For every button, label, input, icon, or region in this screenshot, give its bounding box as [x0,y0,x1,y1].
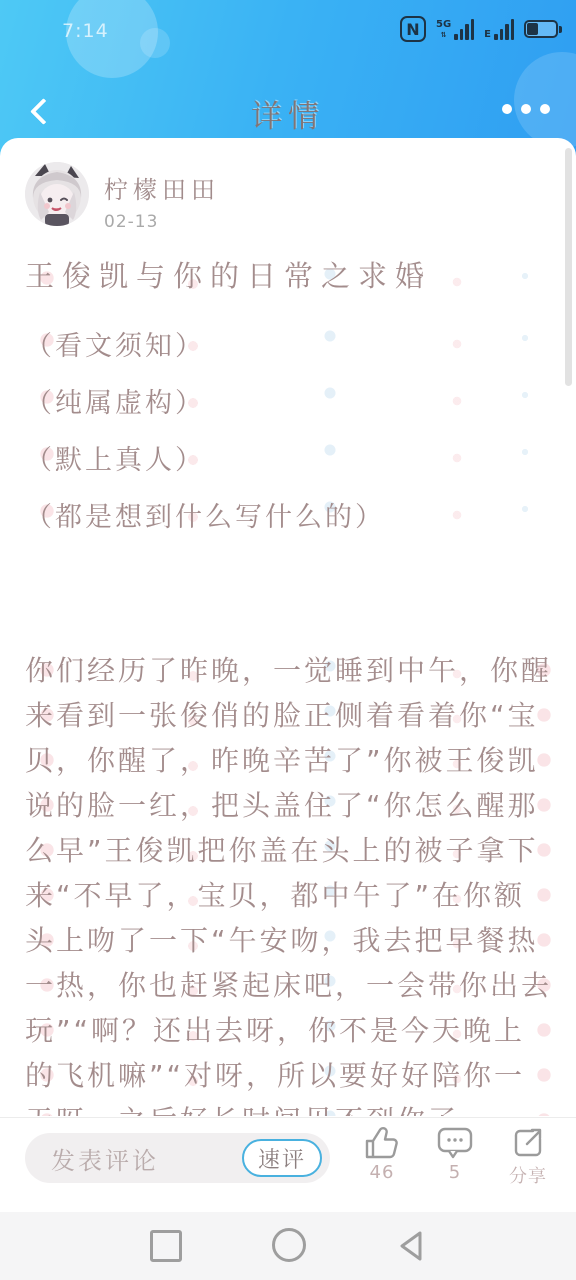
post-notes: （看文须知） （纯属虚构） （默上真人） （都是想到什么写什么的） [25,318,551,546]
title-bar: 详情 [0,88,576,138]
avatar-illustration [25,162,89,226]
note-line: （都是想到什么写什么的） [25,489,551,546]
status-bar: 7:14 N 5G⇅ E [0,14,576,50]
avatar[interactable] [25,162,89,226]
comment-bubble-icon [436,1126,474,1160]
home-icon[interactable] [272,1228,306,1262]
share-label: 分享 [509,1162,547,1188]
note-line: （默上真人） [25,432,551,489]
share-button[interactable]: 分享 [496,1126,560,1206]
note-line: （看文须知） [25,318,551,375]
android-nav-bar [0,1212,576,1280]
nfc-icon: N [400,16,426,42]
comment-button[interactable]: 5 [423,1126,487,1206]
post-date: 02-13 [104,212,158,232]
comment-count: 5 [449,1162,461,1183]
post-card: 柠檬田田 02-13 王俊凯与你的日常之求婚 （看文须知） （纯属虚构） （默上… [0,138,576,1117]
recents-icon[interactable] [150,1230,182,1262]
more-options-icon[interactable] [502,104,550,114]
note-line: （纯属虚构） [25,375,551,432]
clock: 7:14 [62,20,109,42]
share-icon [511,1126,545,1160]
signal-5g-icon: 5G⇅ [436,19,474,40]
page-title: 详情 [251,91,325,136]
like-button[interactable]: 46 [350,1126,414,1206]
comment-placeholder: 发表评论 [51,1141,159,1176]
back-icon[interactable] [26,96,56,126]
app-header: 7:14 N 5G⇅ E 详情 [0,0,576,156]
scrollbar-thumb[interactable] [565,148,572,386]
quick-comment-button[interactable]: 速评 [242,1139,322,1177]
signal-e-icon: E [484,19,514,40]
thumbs-up-icon [364,1126,400,1160]
post-title: 王俊凯与你的日常之求婚 [25,256,551,296]
battery-icon [524,20,558,38]
post-body: 你们经历了昨晚，一觉睡到中午，你醒来看到一张俊俏的脸正侧着看着你“宝贝，你醒了，… [25,648,555,1116]
author-name[interactable]: 柠檬田田 [104,170,220,205]
comment-bar: 发表评论 速评 46 5 分享 [0,1117,576,1212]
nav-back-icon[interactable] [394,1229,428,1263]
comment-input[interactable]: 发表评论 速评 [25,1133,330,1183]
like-count: 46 [370,1162,395,1183]
